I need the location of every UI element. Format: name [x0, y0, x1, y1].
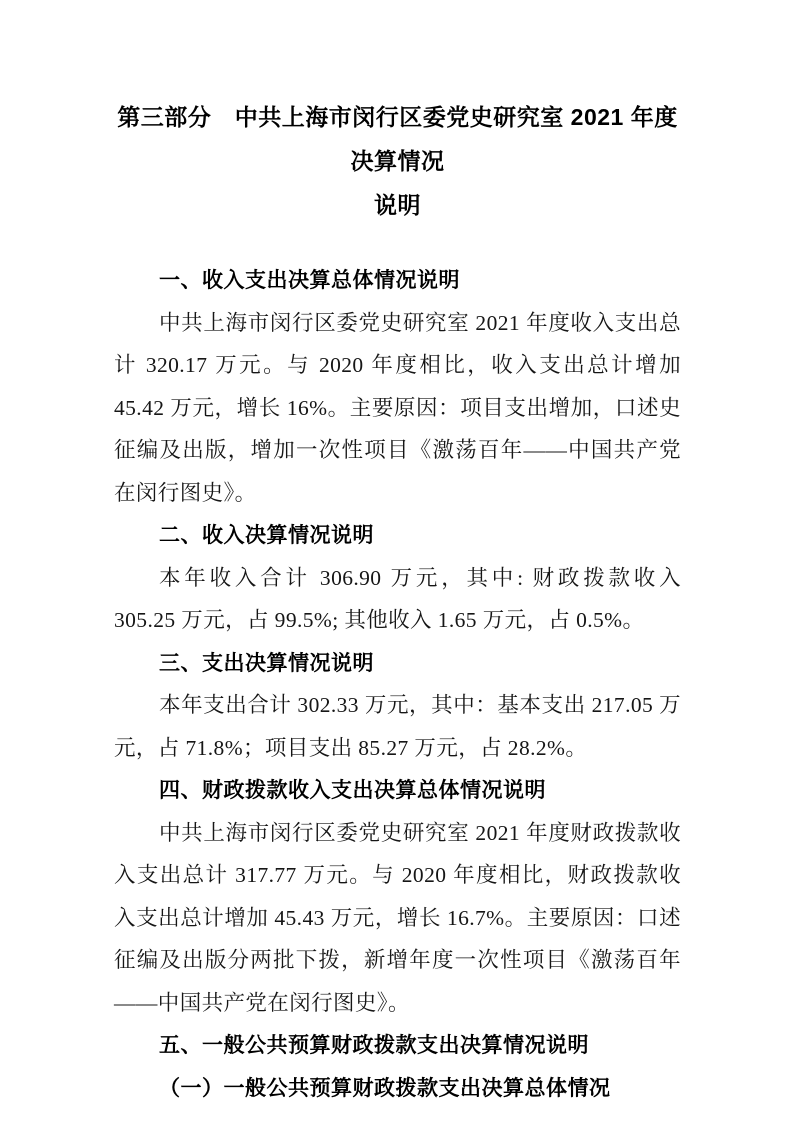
page-title-line2: 说明 [114, 183, 681, 227]
section-1-paragraph: 中共上海市闵行区委党史研究室 2021 年度收入支出总计 320.17 万元。与… [114, 302, 681, 515]
section-2-paragraph: 本年收入合计 306.90 万元，其中: 财政拨款收入 305.25 万元，占 … [114, 557, 681, 642]
document-page: 第三部分 中共上海市闵行区委党史研究室 2021 年度决算情况 说明 一、收入支… [0, 0, 793, 1122]
page-title-line1: 第三部分 中共上海市闵行区委党史研究室 2021 年度决算情况 [114, 95, 681, 183]
section-3-paragraph: 本年支出合计 302.33 万元，其中：基本支出 217.05 万元，占 71.… [114, 684, 681, 769]
section-5-heading: 五、一般公共预算财政拨款支出决算情况说明 [114, 1024, 681, 1067]
section-4-paragraph: 中共上海市闵行区委党史研究室 2021 年度财政拨款收入支出总计 317.77 … [114, 812, 681, 1025]
document-content: 第三部分 中共上海市闵行区委党史研究室 2021 年度决算情况 说明 一、收入支… [114, 95, 681, 1109]
section-2-heading: 二、收入决算情况说明 [114, 514, 681, 557]
section-3-heading: 三、支出决算情况说明 [114, 642, 681, 685]
document-body: 一、收入支出决算总体情况说明 中共上海市闵行区委党史研究室 2021 年度收入支… [114, 259, 681, 1109]
section-4-heading: 四、财政拨款收入支出决算总体情况说明 [114, 769, 681, 812]
section-1-heading: 一、收入支出决算总体情况说明 [114, 259, 681, 302]
page-title: 第三部分 中共上海市闵行区委党史研究室 2021 年度决算情况 说明 [114, 95, 681, 227]
section-5-subheading-1: （一）一般公共预算财政拨款支出决算总体情况 [114, 1067, 681, 1110]
